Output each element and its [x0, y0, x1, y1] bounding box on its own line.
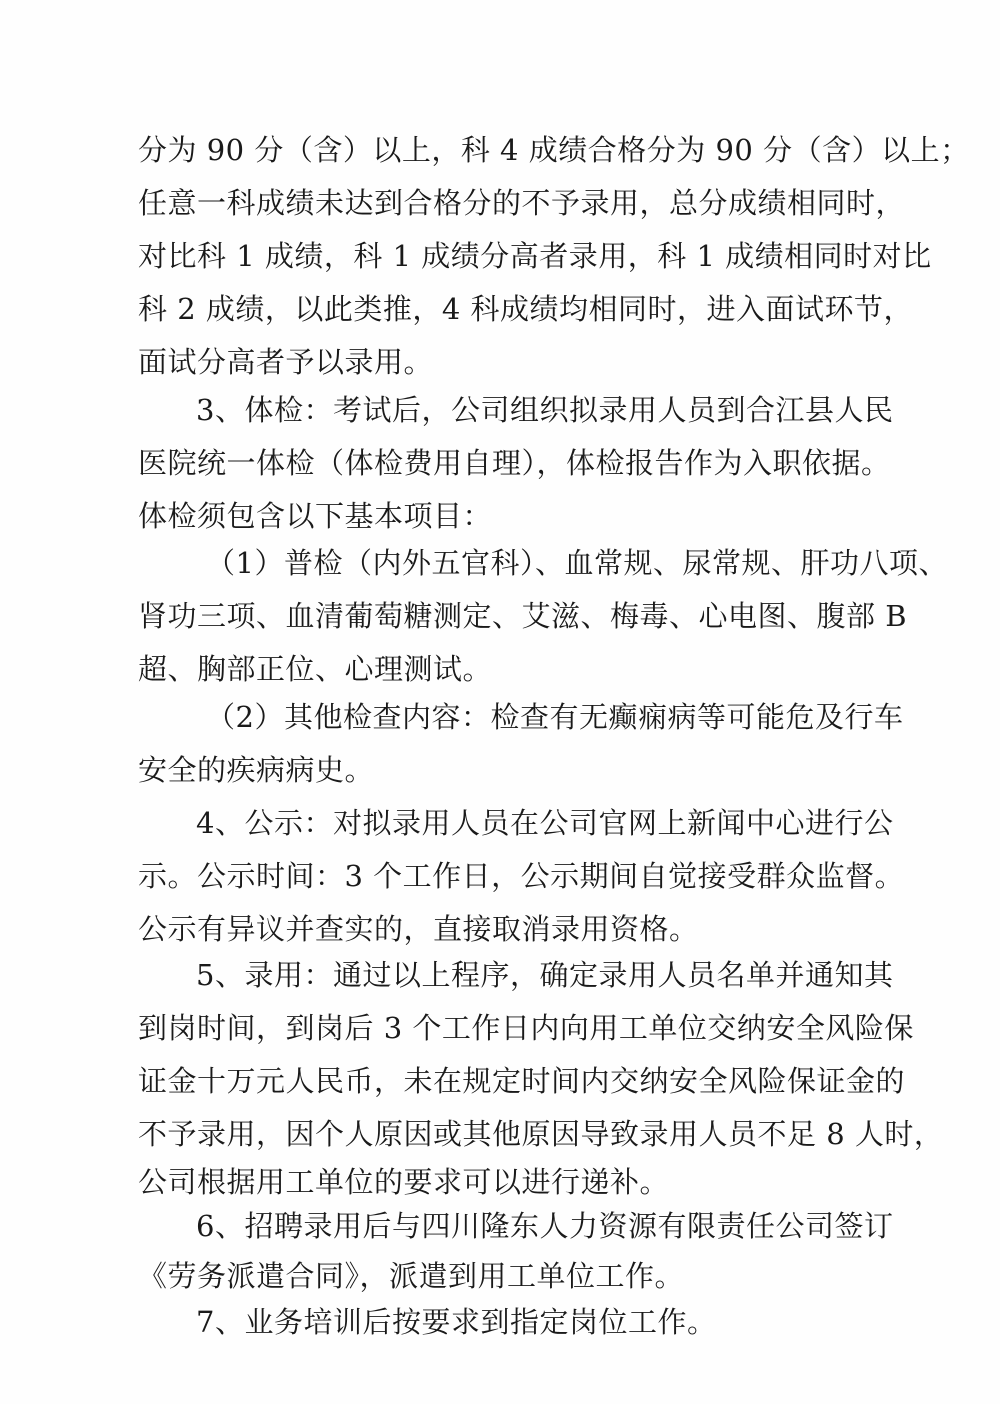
section-7-training: 7、业务培训后按要求到指定岗位工作。: [196, 1302, 878, 1342]
text-line: 超、胸部正位、心理测试。: [138, 649, 878, 689]
text-line: 证金十万元人民币，未在规定时间内交纳安全风险保证金的: [138, 1061, 878, 1101]
section-5-hiring-heading: 5、录用：通过以上程序，确定录用人员名单并通知其: [196, 955, 878, 995]
document-page: 分为 90 分（含）以上，科 4 成绩合格分为 90 分（含）以上； 任意一科成…: [0, 0, 1000, 1404]
text-line: 任意一科成绩未达到合格分的不予录用，总分成绩相同时，: [138, 183, 878, 223]
text-line: 安全的疾病病史。: [138, 750, 878, 790]
text-line: 公示有异议并查实的，直接取消录用资格。: [138, 909, 878, 949]
text-line: 分为 90 分（含）以上，科 4 成绩合格分为 90 分（含）以上；: [138, 130, 878, 170]
text-line: 面试分高者予以录用。: [138, 342, 878, 382]
text-line: 对比科 1 成绩，科 1 成绩分高者录用，科 1 成绩相同时对比: [138, 236, 878, 276]
text-line: 《劳务派遣合同》，派遣到用工单位工作。: [138, 1256, 878, 1296]
text-line: 示。公示时间：3 个工作日，公示期间自觉接受群众监督。: [138, 856, 878, 896]
exam-item-2: （2）其他检查内容：检查有无癫痫病等可能危及行车: [206, 697, 878, 737]
section-4-publicity-heading: 4、公示：对拟录用人员在公司官网上新闻中心进行公: [196, 803, 878, 843]
text-line: 体检须包含以下基本项目：: [138, 496, 878, 536]
section-6-contract-heading: 6、招聘录用后与四川隆东人力资源有限责任公司签订: [196, 1206, 878, 1246]
text-line: 到岗时间，到岗后 3 个工作日内向用工单位交纳安全风险保: [138, 1008, 878, 1048]
text-line: 科 2 成绩，以此类推，4 科成绩均相同时，进入面试环节，: [138, 289, 878, 329]
exam-item-1: （1）普检（内外五官科）、血常规、尿常规、肝功八项、: [206, 543, 878, 583]
text-line: 公司根据用工单位的要求可以进行递补。: [138, 1162, 878, 1202]
section-3-physical-exam-heading: 3、体检：考试后，公司组织拟录用人员到合江县人民: [196, 390, 878, 430]
text-line: 肾功三项、血清葡萄糖测定、艾滋、梅毒、心电图、腹部 B: [138, 596, 878, 636]
text-line: 不予录用，因个人原因或其他原因导致录用人员不足 8 人时，: [138, 1114, 878, 1154]
text-line: 医院统一体检（体检费用自理），体检报告作为入职依据。: [138, 443, 878, 483]
